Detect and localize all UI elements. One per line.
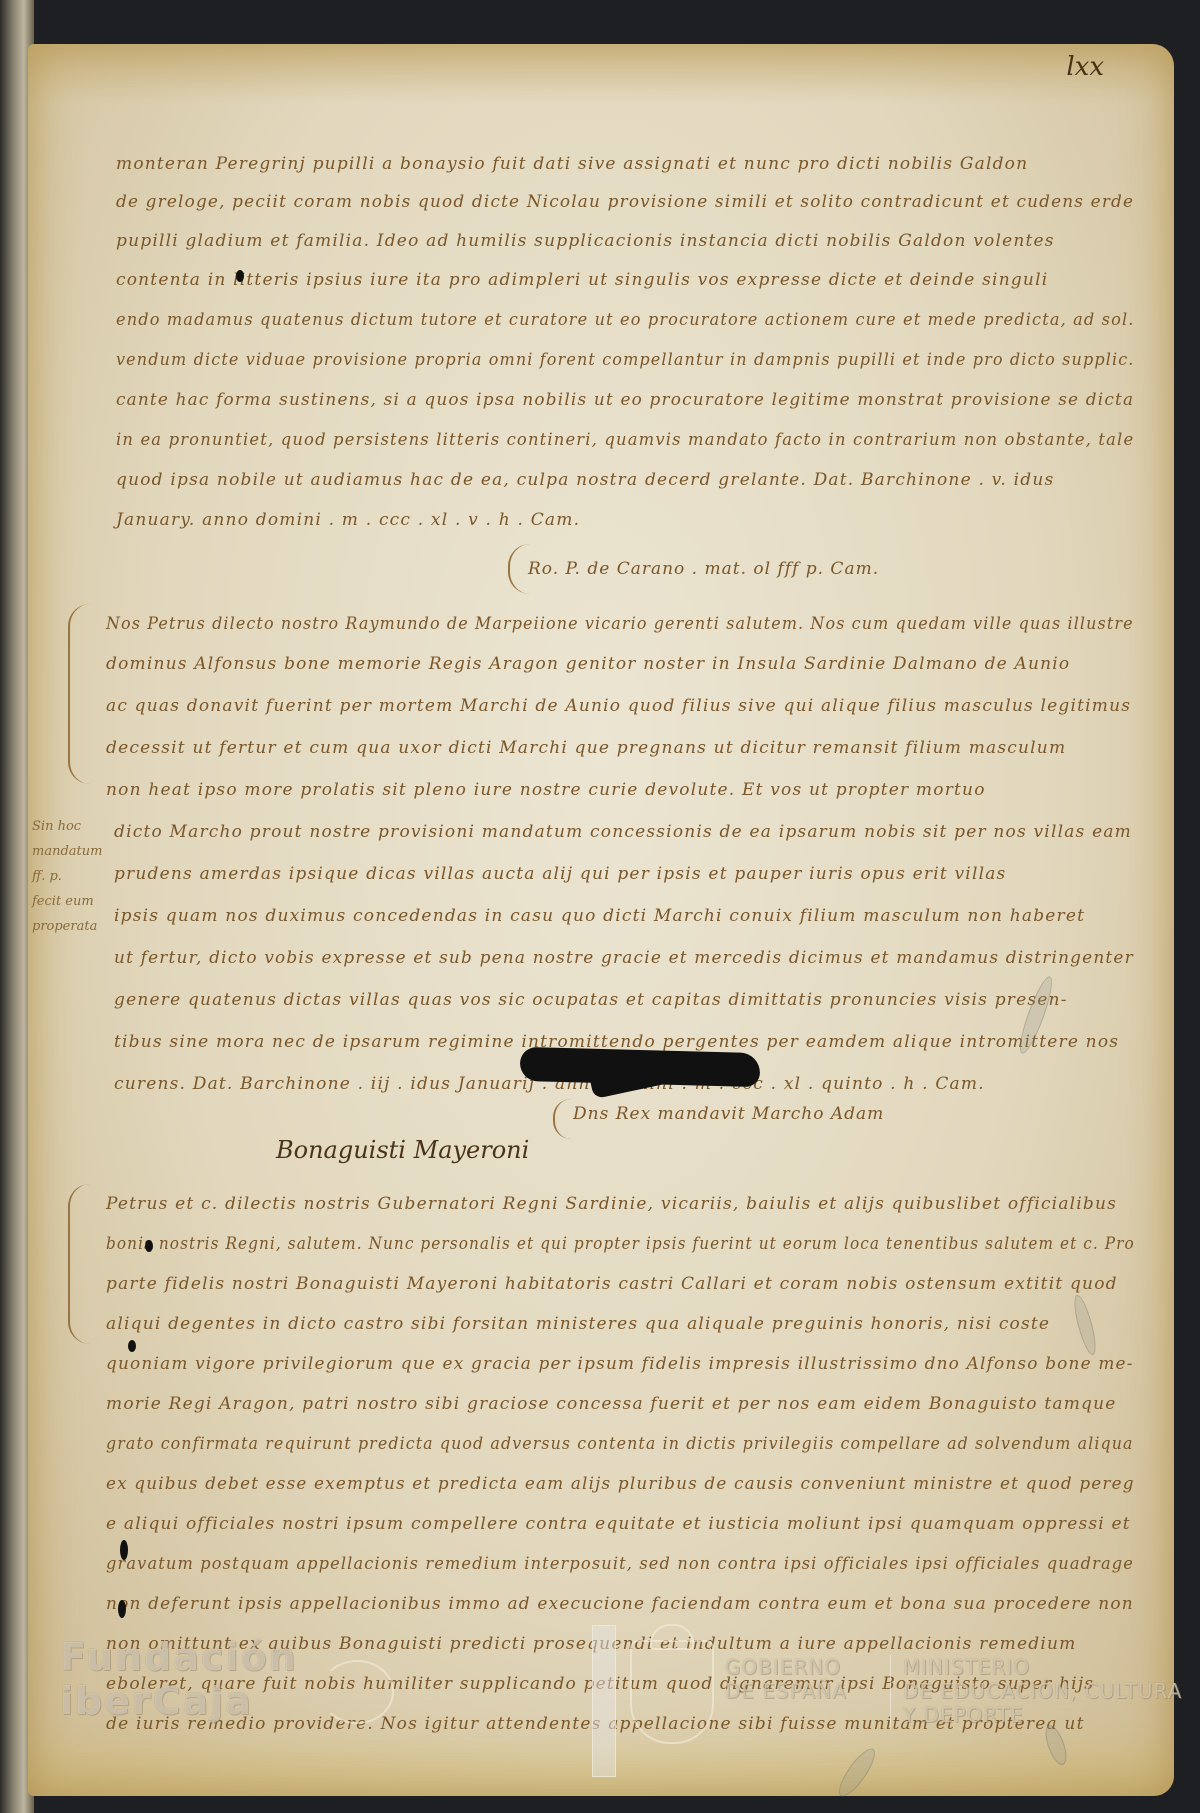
ink-dot: [236, 270, 244, 282]
text-line: Nos Petrus dilecto nostro Raymundo de Ma…: [106, 614, 1134, 634]
text-line: morie Regi Aragon, patri nostro sibi gra…: [106, 1394, 1117, 1414]
entry-heading: Bonaguisti Mayeroni: [276, 1136, 529, 1164]
text-line: quod ipsa nobile ut audiamus hac de ea, …: [116, 470, 1054, 490]
scribe-signature-2: Dns Rex mandavit Marcho Adam: [573, 1104, 884, 1124]
ink-dot: [128, 1340, 136, 1352]
text-line: vendum dicte viduae provisione propria o…: [116, 350, 1135, 370]
watermark-text: MINISTERIO: [903, 1655, 1182, 1679]
text-line: dominus Alfonsus bone memorie Regis Arag…: [106, 654, 1070, 674]
gobierno-watermark: GOBIERNO DE ESPAÑA: [725, 1655, 847, 1703]
scribe-signature-1: Ro. P. de Carano . mat. ol fff p. Cam.: [528, 559, 879, 579]
text-line: gravatum postquam appellacionis remedium…: [106, 1554, 1134, 1574]
manuscript-page: lxx monteran Peregrinj pupilli a bonaysi…: [28, 44, 1174, 1796]
margin-note: Sin hoc mandatum ff. p. fecit eum proper…: [32, 814, 102, 939]
text-line: ac quas donavit fuerint per mortem March…: [106, 696, 1131, 716]
watermark-text: DE EDUCACIÓN, CULTURA: [903, 1679, 1182, 1703]
paragraph-bracket: [68, 604, 90, 784]
signature-bracket: [553, 1099, 571, 1139]
text-line: grato confirmata requirunt predicta quod…: [106, 1434, 1134, 1454]
text-line: quoniam vigore privilegiorum que ex grac…: [106, 1354, 1134, 1374]
text-line: prudens amerdas ipsique dicas villas auc…: [114, 864, 1006, 884]
text-line: pupilli gladium et familia. Ideo ad humi…: [116, 231, 1055, 251]
stain: [833, 1744, 880, 1801]
text-line: monteran Peregrinj pupilli a bonaysio fu…: [116, 154, 1028, 174]
ibercaja-logo-icon: [320, 1660, 394, 1724]
watermark-text: Fundación: [60, 1635, 298, 1679]
signature-bracket: [508, 544, 530, 594]
text-line: in ea pronuntiet, quod persistens litter…: [116, 430, 1134, 450]
fundacion-ibercaja-watermark: Fundación iberCaja: [60, 1635, 298, 1723]
text-line: non heat ipso more prolatis sit pleno iu…: [106, 780, 986, 800]
text-line: January. anno domini . m . ccc . xl . v …: [116, 510, 580, 530]
spain-flag-icon: [592, 1625, 616, 1777]
watermark-text: GOBIERNO: [725, 1655, 847, 1679]
ministerio-watermark: MINISTERIO DE EDUCACIÓN, CULTURA Y DEPOR…: [890, 1655, 1182, 1727]
watermark-text: DE ESPAÑA: [725, 1679, 847, 1703]
text-line: bonis nostris Regni, salutem. Nunc perso…: [106, 1234, 1135, 1254]
text-line: parte fidelis nostri Bonaguisti Mayeroni…: [106, 1274, 1118, 1294]
text-line: aliqui degentes in dicto castro sibi for…: [106, 1314, 1050, 1334]
paragraph-bracket: [68, 1184, 90, 1344]
water-stain: [28, 44, 1174, 104]
stain: [1070, 1293, 1100, 1357]
text-line: de greloge, peciit coram nobis quod dict…: [116, 192, 1134, 212]
text-line: e aliqui officiales nostri ipsum compell…: [106, 1514, 1131, 1534]
text-line: ex quibus debet esse exemptus et predict…: [106, 1474, 1135, 1494]
text-line: Petrus et c. dilectis nostris Gubernator…: [106, 1194, 1117, 1214]
text-line: contenta in litteris ipsius iure ita pro…: [116, 270, 1048, 290]
text-line: cante hac forma sustinens, si a quos ips…: [116, 390, 1134, 410]
folio-number: lxx: [1066, 52, 1104, 82]
coat-of-arms-icon: [630, 1640, 714, 1744]
text-line: endo madamus quatenus dictum tutore et c…: [116, 310, 1135, 330]
text-line: decessit ut fertur et cum qua uxor dicti…: [106, 738, 1066, 758]
watermark-text: Y DEPORTE: [903, 1703, 1182, 1727]
ink-dot: [118, 1600, 126, 1618]
text-line: non deferunt ipsis appellacionibus immo …: [106, 1594, 1134, 1614]
ink-dot: [120, 1540, 128, 1560]
watermark-text: iberCaja: [60, 1679, 298, 1723]
ink-dot: [145, 1240, 153, 1252]
text-line: ut fertur, dicto vobis expresse et sub p…: [114, 948, 1134, 968]
text-line: dicto Marcho prout nostre provisioni man…: [114, 822, 1132, 842]
text-line: ipsis quam nos duximus concedendas in ca…: [114, 906, 1085, 926]
text-line: genere quatenus dictas villas quas vos s…: [114, 990, 1068, 1010]
